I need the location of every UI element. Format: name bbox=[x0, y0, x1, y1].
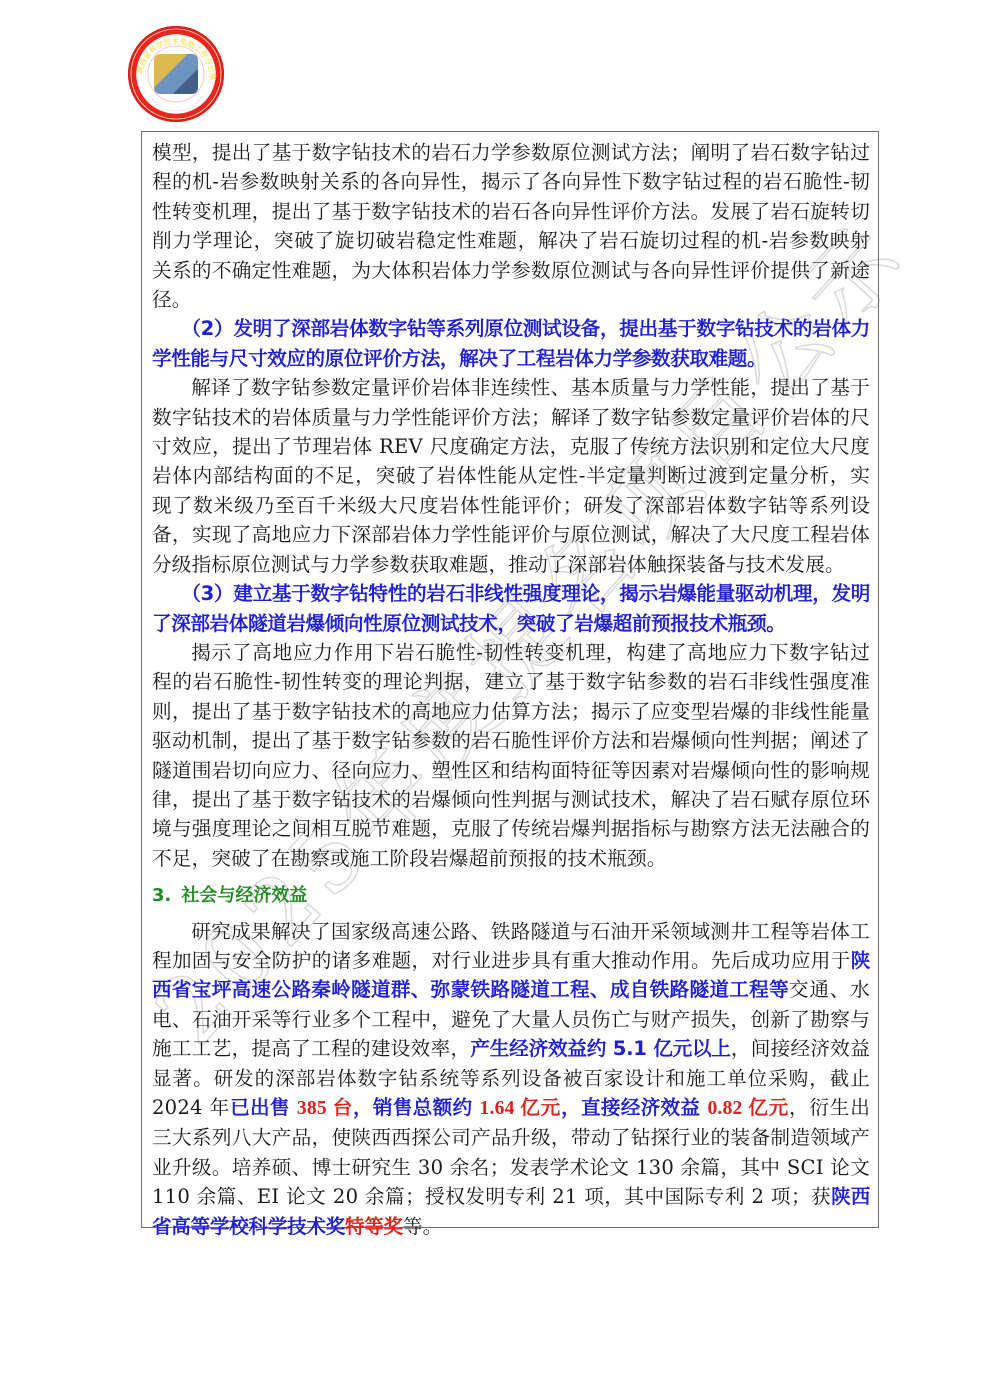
paragraph-2: 解译了数字钻参数定量评价岩体非连续性、基本质量与力学性能，提出了基于数字钻技术的… bbox=[152, 373, 870, 579]
section-heading-3: 3.社会与经济效益 bbox=[152, 881, 870, 910]
highlight-award-grade: 特等奖 bbox=[345, 1215, 403, 1238]
highlight-direct-benefit-label: ，直接经济效益 bbox=[561, 1096, 707, 1119]
highlight-sales-label: ，销售总额约 bbox=[353, 1096, 479, 1119]
text-run: 等。 bbox=[403, 1215, 443, 1238]
paragraph-1: 模型，提出了基于数字钻技术的岩石力学参数原位测试方法；阐明了岩石数字钻过程的机-… bbox=[152, 138, 870, 314]
highlight-direct-benefit-amount: 0.82 亿元 bbox=[707, 1098, 789, 1119]
section-title: 社会与经济效益 bbox=[181, 885, 307, 906]
section-number: 3. bbox=[152, 885, 171, 906]
highlight-economic-benefit: 产生经济效益约 5.1 亿元以上 bbox=[470, 1037, 730, 1060]
subheading-3: （3）建立基于数字钻特性的岩石非线性强度理论，揭示岩爆能量驱动机理，发明了深部岩… bbox=[152, 579, 870, 638]
highlight-units-sold: 385 台 bbox=[297, 1098, 353, 1119]
text-run: 研究成果解决了国家级高速公路、铁路隧道与石油开采领域测井工程等岩体工程加固与安全… bbox=[152, 920, 870, 972]
content-box: 模型，提出了基于数字钻技术的岩石力学参数原位测试方法；阐明了岩石数字钻过程的机-… bbox=[141, 131, 879, 1228]
paragraph-4: 研究成果解决了国家级高速公路、铁路隧道与石油开采领域测井工程等岩体工程加固与安全… bbox=[152, 917, 870, 1241]
paragraph-3: 揭示了高地应力作用下岩石脆性-韧性转变机理，构建了高地应力下数字钻过程的岩石脆性… bbox=[152, 638, 870, 873]
highlight-sales-amount: 1.64 亿元 bbox=[479, 1098, 561, 1119]
seal-emblem-image bbox=[154, 54, 198, 94]
organization-seal-logo: 陕西省科学技术奖励工作办公室 bbox=[128, 26, 224, 122]
subheading-2: （2）发明了深部岩体数字钻等系列原位测试设备，提出基于数字钻技术的岩体力学性能与… bbox=[152, 314, 870, 373]
highlight-sold-label: 已出售 bbox=[230, 1096, 297, 1119]
